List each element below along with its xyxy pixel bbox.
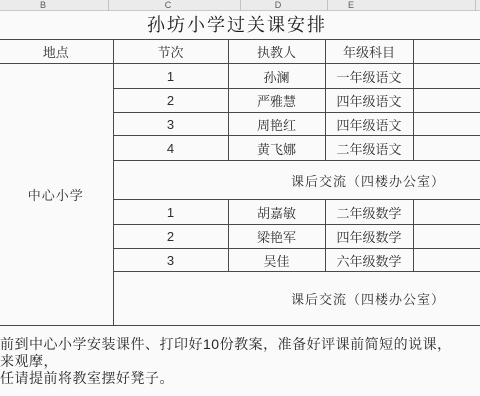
teacher-cell[interactable]: 孙澜: [228, 64, 325, 89]
teacher-cell[interactable]: 黄飞娜: [228, 136, 325, 161]
course-cell[interactable]: 《大: [413, 64, 480, 89]
location-merged-cell[interactable]: 中心小学: [0, 64, 113, 326]
course-cell[interactable]: 《梯形: [413, 225, 480, 249]
grade-subject-cell[interactable]: 二年级语文: [325, 136, 413, 161]
period-cell[interactable]: 2: [113, 225, 228, 249]
period-cell[interactable]: 1: [113, 64, 228, 89]
sheet-title: 孙坊小学过关课安排: [0, 12, 474, 39]
column-divider: [327, 0, 328, 11]
course-cell[interactable]: 《盘古: [413, 89, 480, 113]
after-class-exchange-note[interactable]: 课后交流（四楼办公室）: [113, 272, 480, 326]
course-cell[interactable]: 《数学广: [413, 200, 480, 225]
column-divider: [108, 0, 109, 11]
footer-note-line: 前到中心小学安装课件、打印好10份教案，准备好评课前简短的说课，: [0, 336, 480, 353]
teacher-cell[interactable]: 梁艳军: [228, 225, 325, 249]
header-period[interactable]: 节次: [113, 40, 228, 64]
grade-subject-cell[interactable]: 一年级语文: [325, 64, 413, 89]
course-cell[interactable]: 《圆的: [413, 249, 480, 272]
footer-note-line: 任请提前将教室摆好凳子。: [0, 370, 480, 387]
grade-subject-cell[interactable]: 六年级数学: [325, 249, 413, 272]
column-divider: [475, 0, 476, 11]
header-course[interactable]: 课程: [413, 40, 480, 64]
period-cell[interactable]: 4: [113, 136, 228, 161]
grade-subject-cell[interactable]: 四年级语文: [325, 113, 413, 136]
period-cell[interactable]: 2: [113, 89, 228, 113]
header-location[interactable]: 地点: [0, 40, 113, 64]
course-cell[interactable]: 《坐: [413, 136, 480, 161]
footer-notes: 前到中心小学安装课件、打印好10份教案，准备好评课前简短的说课， 来观摩， 任请…: [0, 336, 480, 387]
after-class-exchange-note[interactable]: 课后交流（四楼办公室）: [113, 161, 480, 200]
column-letter-e[interactable]: E: [348, 0, 354, 11]
period-cell[interactable]: 1: [113, 200, 228, 225]
column-letter-bar[interactable]: B C D E: [0, 0, 480, 11]
column-divider: [240, 0, 241, 11]
teacher-cell[interactable]: 严雅慧: [228, 89, 325, 113]
table-row: 中心小学 1 孙澜 一年级语文 《大: [0, 64, 480, 89]
teacher-cell[interactable]: 吴佳: [228, 249, 325, 272]
grade-subject-cell[interactable]: 四年级语文: [325, 89, 413, 113]
table-header-row: 地点 节次 执教人 年级科目 课程: [0, 40, 480, 64]
column-letter-d[interactable]: D: [275, 0, 282, 11]
column-letter-c[interactable]: C: [165, 0, 172, 11]
header-grade-subject[interactable]: 年级科目: [325, 40, 413, 64]
teacher-cell[interactable]: 周艳红: [228, 113, 325, 136]
schedule-table: 地点 节次 执教人 年级科目 课程 中心小学 1 孙澜 一年级语文 《大 2 严…: [0, 39, 480, 326]
grade-subject-cell[interactable]: 四年级数学: [325, 225, 413, 249]
column-letter-b[interactable]: B: [40, 0, 46, 11]
footer-note-line: 来观摩，: [0, 353, 480, 370]
course-cell[interactable]: 《: [413, 113, 480, 136]
period-cell[interactable]: 3: [113, 249, 228, 272]
grade-subject-cell[interactable]: 二年级数学: [325, 200, 413, 225]
teacher-cell[interactable]: 胡嘉敏: [228, 200, 325, 225]
header-teacher[interactable]: 执教人: [228, 40, 325, 64]
period-cell[interactable]: 3: [113, 113, 228, 136]
